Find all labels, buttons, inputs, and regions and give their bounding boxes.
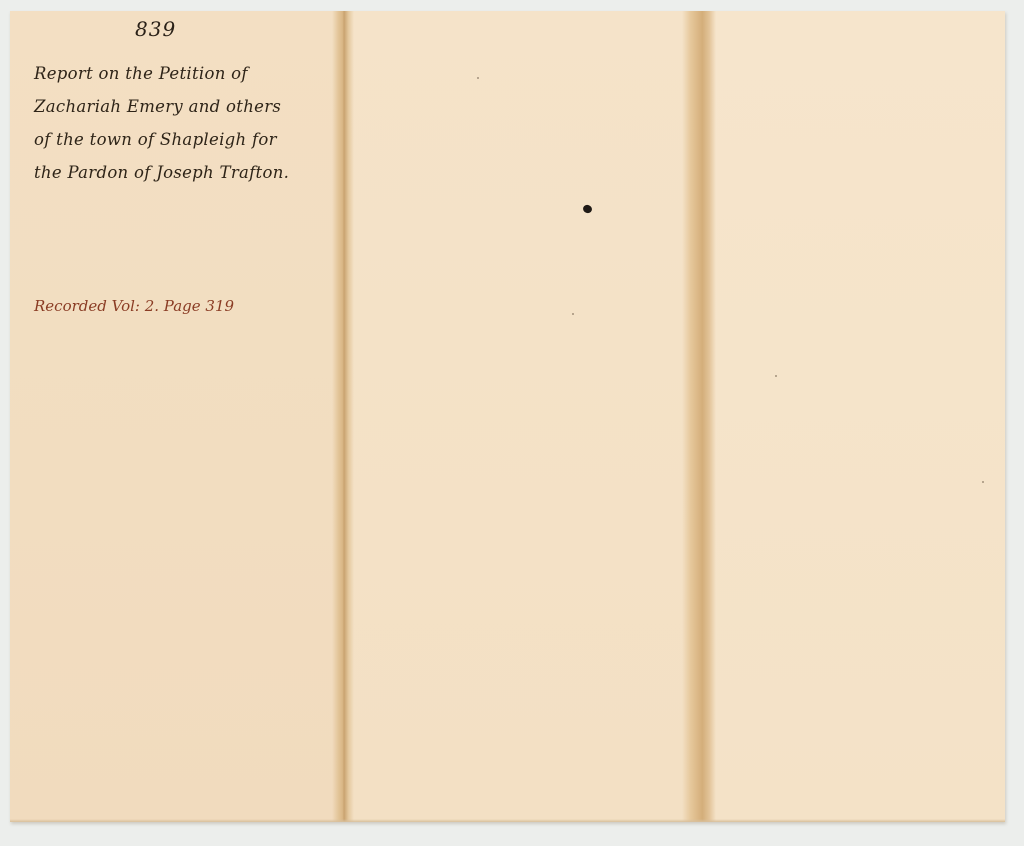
docket-title: Report on the Petition of Zachariah Emer… (34, 57, 289, 189)
middle-panel (350, 11, 696, 822)
manuscript-sheet: 839 Report on the Petition of Zachariah … (10, 11, 1005, 822)
title-line-4: the Pardon of Joseph Trafton. (34, 156, 289, 189)
right-panel (710, 11, 1005, 822)
scan-background: 839 Report on the Petition of Zachariah … (0, 0, 1024, 846)
paper-speck (982, 481, 984, 483)
recorded-note: Recorded Vol: 2. Page 319 (34, 297, 234, 315)
paper-speck (572, 313, 574, 315)
docket-number: 839 (135, 17, 176, 41)
left-panel: 839 Report on the Petition of Zachariah … (10, 11, 340, 822)
title-line-2: Zachariah Emery and others (34, 90, 289, 123)
title-line-3: of the town of Shapleigh for (34, 123, 289, 156)
paper-bottom-edge (10, 819, 1005, 822)
paper-speck (775, 375, 777, 377)
paper-speck (477, 77, 479, 79)
fold-line-right (682, 11, 716, 822)
title-line-1: Report on the Petition of (34, 57, 289, 90)
fold-line-left (332, 11, 354, 822)
